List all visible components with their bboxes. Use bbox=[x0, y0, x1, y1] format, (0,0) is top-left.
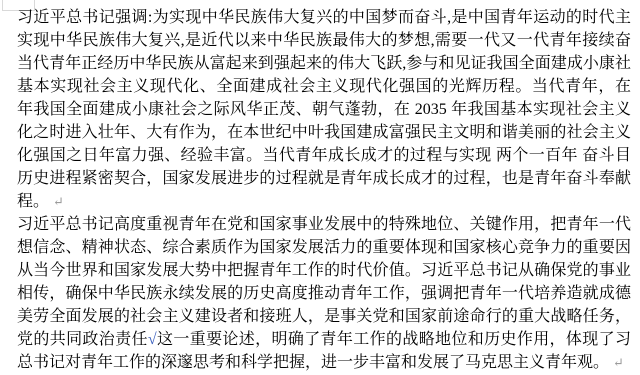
paragraph-return-mark: ↵ bbox=[53, 194, 64, 209]
text-line: 从当今世界和国家发展大势中把握青年工作的时代价值。习近平总书记从确保党的事业薪火 bbox=[17, 259, 631, 282]
text-line: 党的共同政治责任√这一重要论述，明确了青年工作的战略地位和历史作用，体现了习近平 bbox=[17, 328, 631, 351]
text-line: 相传，确保中华民族永续发展的历史高度推动青年工作，强调把青年一代培养造就成德智体 bbox=[17, 282, 631, 305]
text-line: 想信念、精神状态、综合素质作为国家发展活力的重要体现和国家核心竞争力的重要因素， bbox=[17, 236, 631, 259]
document-page: { "page": { "background": "#ffffff", "te… bbox=[0, 0, 640, 375]
document-body: 习近平总书记强调:为实现中华民族伟大复兴的中国梦而奋斗,是中国青年运动的时代主题… bbox=[17, 6, 631, 374]
text-line: 总书记对青年工作的深邃思考和科学把握，进一步丰富和发展了马克思主义青年观。↵ bbox=[17, 351, 631, 374]
text-line: 实现中华民族伟大复兴,是近代以来中华民族最伟大的梦想,需要一代又一代青年接续奋斗… bbox=[17, 29, 631, 52]
text-line: 化之时进入壮年、大有作为，在本世纪中叶我国建成富强民主文明和谐美丽的社会主义现代 bbox=[17, 121, 631, 144]
text-line: 当代青年正经历中华民族从富起来到强起来的伟大飞跃,参与和见证我国全面建成小康社会… bbox=[17, 52, 631, 75]
text-line: 基本实现社会主义现代化、全面建成社会主义现代化强国的光辉历程。当代青年，在 20… bbox=[17, 75, 631, 98]
text-line: 历史进程紧密契合，国家发展进步的过程就是青年成长成才的过程，也是青年奋斗奉献的过 bbox=[17, 167, 631, 190]
text-line: 化强国之日年富力强、经验丰富。当代青年成长成才的过程与实现 两个一百年 奋斗目标… bbox=[17, 144, 631, 167]
text-line: 年我国全面建成小康社会之际风华正茂、朝气蓬勃，在 2035 年我国基本实现社会主… bbox=[17, 98, 631, 121]
check-mark-glyph: √ bbox=[148, 331, 157, 348]
text-line: 程。↵ bbox=[17, 190, 631, 213]
paragraph-return-mark: ↵ bbox=[613, 355, 624, 370]
text-line: 美劳全面发展的社会主义建设者和接班人，是事关党和国家前途命行的重大战略任务，是全 bbox=[17, 305, 631, 328]
text-line: 习近平总书记高度重视青年在党和国家事业发展中的特殊地位、关键作用，把青年一代的理 bbox=[17, 213, 631, 236]
text-line: 习近平总书记强调:为实现中华民族伟大复兴的中国梦而奋斗,是中国青年运动的时代主题… bbox=[17, 6, 631, 29]
